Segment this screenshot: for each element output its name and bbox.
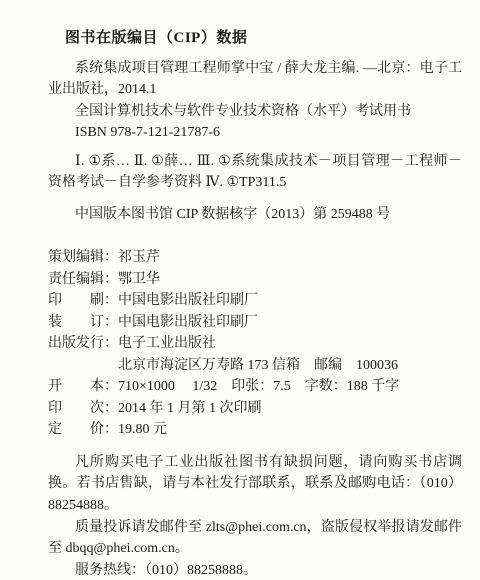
pub-row-responsible-editor: 责任编辑： 鄂卫华 [48, 269, 462, 291]
pub-row-value: 中国电影出版社印刷厂 [118, 290, 462, 312]
pub-row-value: 电子工业出版社 [118, 333, 462, 355]
cip-registry-line: 中国版本图书馆 CIP 数据核字（2013）第 259488 号 [48, 204, 462, 226]
copyright-page: 图书在版编目（CIP）数据 系统集成项目管理工程师掌中宝 / 薛大龙主编. —北… [0, 0, 480, 580]
pub-row-label: 定 价： [48, 419, 118, 441]
pub-row-value: 710×1000 1/32 印张：7.5 字数：188 千字 [118, 376, 462, 398]
pub-row-value: 中国电影出版社印刷厂 [118, 312, 462, 334]
pub-row-value: 北京市海淀区万寿路 173 信箱 邮编 100036 [118, 355, 462, 377]
pub-row-label [48, 355, 118, 377]
pub-row-label: 出版发行： [48, 333, 118, 355]
pub-row-price: 定 价： 19.80 元 [48, 419, 462, 441]
pub-row-value: 2014 年 1 月第 1 次印刷 [118, 398, 462, 420]
pub-row-label: 装 订： [48, 312, 118, 334]
pub-row-publisher: 出版发行： 电子工业出版社 [48, 333, 462, 355]
pub-row-binder: 装 订： 中国电影出版社印刷厂 [48, 312, 462, 334]
pub-row-print-run: 印 次： 2014 年 1 月第 1 次印刷 [48, 398, 462, 420]
pub-row-planning-editor: 策划编辑： 祁玉芹 [48, 247, 462, 269]
isbn-line: ISBN 978-7-121-21787-6 [48, 122, 462, 144]
pub-row-value: 19.80 元 [118, 419, 462, 441]
notice-block: 凡所购买电子工业出版社图书有缺损问题，请向购买书店调换。若书店售缺，请与本社发行… [48, 452, 462, 580]
pub-row-label: 策划编辑： [48, 247, 118, 269]
notice-service-hotline: 服务热线：（010）88258888。 [48, 560, 462, 580]
pub-row-value: 鄂卫华 [118, 269, 462, 291]
pub-row-label: 责任编辑： [48, 269, 118, 291]
pub-row-value: 祁玉芹 [118, 247, 462, 269]
pub-row-label: 印 刷： [48, 290, 118, 312]
page-content: 图书在版编目（CIP）数据 系统集成项目管理工程师掌中宝 / 薛大龙主编. —北… [48, 28, 462, 580]
pub-row-format: 开 本： 710×1000 1/32 印张：7.5 字数：188 千字 [48, 376, 462, 398]
cip-series-line: 全国计算机技术与软件专业技术资格（水平）考试用书 [48, 101, 462, 123]
pub-row-address: 北京市海淀区万寿路 173 信箱 邮编 100036 [48, 355, 462, 377]
cip-classification-line: Ⅰ. ①系… Ⅱ. ①薛… Ⅲ. ①系统集成技术－项目管理－工程师－资格考试－自… [48, 151, 462, 194]
publication-info-block: 策划编辑： 祁玉芹 责任编辑： 鄂卫华 印 刷： 中国电影出版社印刷厂 装 订：… [48, 247, 462, 441]
notice-defect-exchange: 凡所购买电子工业出版社图书有缺损问题，请向购买书店调换。若书店售缺，请与本社发行… [48, 452, 462, 517]
pub-row-label: 印 次： [48, 398, 118, 420]
cip-catalog-entry: 系统集成项目管理工程师掌中宝 / 薛大龙主编. —北京：电子工业出版社，2014… [48, 58, 462, 101]
pub-row-label: 开 本： [48, 376, 118, 398]
notice-quality-email: 质量投诉请发邮件至 zlts@phei.com.cn，盗版侵权举报请发邮件至 d… [48, 517, 462, 560]
pub-row-printer: 印 刷： 中国电影出版社印刷厂 [48, 290, 462, 312]
cip-data-title: 图书在版编目（CIP）数据 [65, 28, 462, 50]
